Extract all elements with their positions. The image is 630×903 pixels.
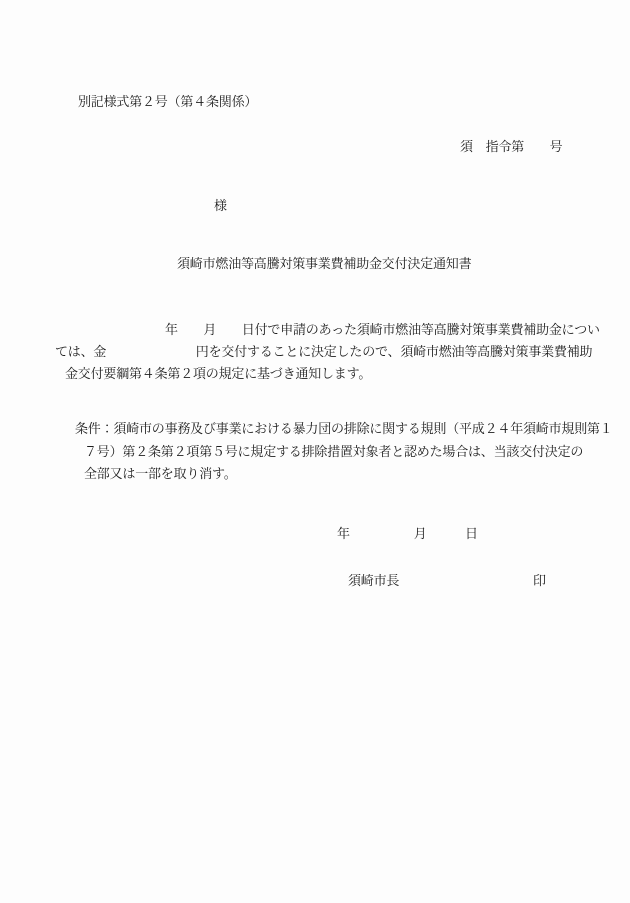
notice-document-page: 別記様式第２号（第４条関係） 須 指令第 号 様 須崎市燃油等高騰対策事業費補助… — [0, 0, 630, 903]
signer-title: 須崎市長 — [348, 572, 399, 589]
condition-clause-line-2: ７号）第２条第２項第５号に規定する排除措置対象者と認めた場合は、当該交付決定の — [84, 443, 583, 460]
condition-clause-line-1: 条件：須崎市の事務及び事業における暴力団の排除に関する規則（平成２４年須崎市規則… — [75, 420, 613, 437]
issue-date-line: 年 月 日 — [337, 525, 478, 542]
addressee-honorific: 様 — [214, 197, 227, 214]
body-paragraph-line-3: 金交付要綱第４条第２項の規定に基づき通知します。 — [65, 365, 371, 382]
condition-clause-line-3: 全部又は一部を取り消す。 — [84, 465, 237, 482]
seal-placeholder: 印 — [533, 572, 546, 589]
body-paragraph-line-2: ては、金 円を交付することに決定したので、須崎市燃油等高騰対策事業費補助 — [55, 343, 592, 360]
body-paragraph-line-1: 年 月 日付で申請のあった須崎市燃油等高騰対策事業費補助金につい — [165, 321, 600, 338]
document-title: 須崎市燃油等高騰対策事業費補助金交付決定通知書 — [177, 255, 471, 272]
document-number-line: 須 指令第 号 — [460, 138, 562, 155]
form-style-label: 別記様式第２号（第４条関係） — [78, 93, 257, 110]
